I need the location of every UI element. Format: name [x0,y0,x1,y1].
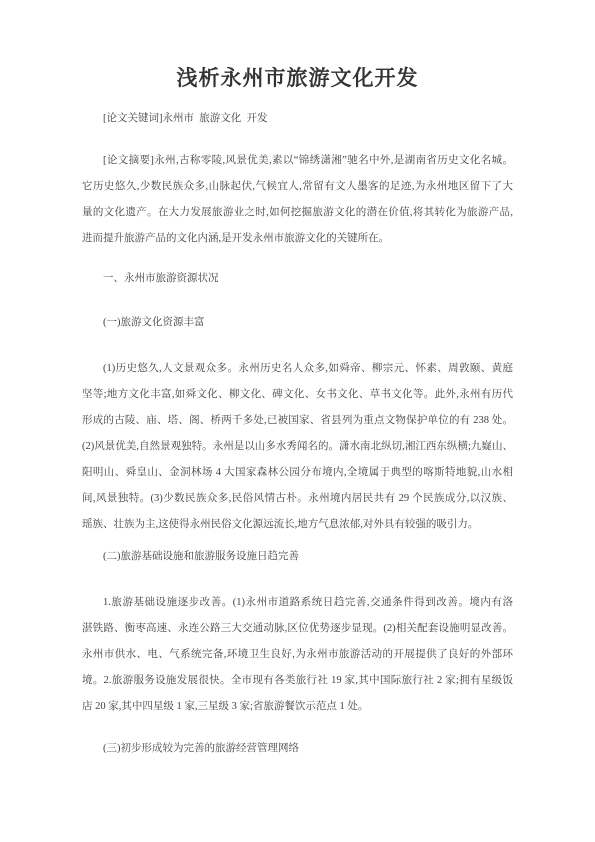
body-line: (2)风景优美,自然景观独特。永州是以山多水秀闻名的。潇水南北纵切,湘江西东纵横… [82,434,513,460]
body-line: 坚等;地方文化丰富,如舜文化、柳文化、碑文化、女书文化、草书文化等。此外,永州有… [82,382,513,408]
body-line: (1)历史悠久,人文景观众多。永州历史名人众多,如舜帝、柳宗元、怀素、周敦颐、黄… [82,356,513,382]
body-line: 间,风景独特。(3)少数民族众多,民俗风情古朴。永州境内居民共有 29 个民族成… [82,486,513,512]
body-paragraph-1: (1)历史悠久,人文景观众多。永州历史名人众多,如舜帝、柳宗元、怀素、周敦颐、黄… [82,356,513,538]
subsection-heading-2: (二)旅游基础设施和旅游服务设施日趋完善 [82,544,513,570]
abstract-line: [论文摘要]永州,古称零陵,风景优美,素以“锦绣潇湘”驰名中外,是湖南省历史文化… [82,148,513,174]
body-line: 形成的古陵、庙、塔、阁、桥两千多处,已被国家、省县列为重点文物保护单位的有 23… [82,408,513,434]
body-line: 店 20 家,其中四星级 1 家,三星级 3 家;省旅游餐饮示范点 1 处。 [82,694,513,720]
paper-title: 浅析永州市旅游文化开发 [82,64,513,94]
body-line: 境。2.旅游服务设施发展很快。全市现有各类旅行社 19 家,其中国际旅行社 2 … [82,668,513,694]
abstract-line: 它历史悠久,少数民族众多,山脉起伏,气候宜人,常留有文人墨客的足迹,为永州地区留… [82,174,513,200]
subsection-heading-1: (一)旅游文化资源丰富 [82,310,513,336]
body-line: 瑶族、壮族为主,这使得永州民俗文化源远流长,地方气息浓郁,对外具有较强的吸引力。 [82,512,513,538]
abstract-paragraph: [论文摘要]永州,古称零陵,风景优美,素以“锦绣潇湘”驰名中外,是湖南省历史文化… [82,148,513,252]
abstract-line: 进而提升旅游产品的文化内涵,是开发永州市旅游文化的关键所在。 [82,226,513,252]
document-page: 浅析永州市旅游文化开发 [论文关键词]永州市 旅游文化 开发 [论文摘要]永州,… [0,0,595,842]
keywords-line: [论文关键词]永州市 旅游文化 开发 [82,106,513,132]
body-line: 永州市供水、电、气系统完备,环境卫生良好,为永州市旅游活动的开展提供了良好的外部… [82,642,513,668]
body-line: 1.旅游基础设施逐步改善。(1)永州市道路系统日趋完善,交通条件得到改善。境内有… [82,590,513,616]
section-heading: 一、永州市旅游资源状况 [82,266,513,292]
subsection-heading-3: (三)初步形成较为完善的旅游经营管理网络 [82,736,513,762]
body-line: 阳明山、舜皇山、金洞林场 4 大国家森林公园分布境内,全境属于典型的喀斯特地貌,… [82,460,513,486]
body-paragraph-2: 1.旅游基础设施逐步改善。(1)永州市道路系统日趋完善,交通条件得到改善。境内有… [82,590,513,720]
body-line: 湛铁路、衡枣高速、永连公路三大交通动脉,区位优势逐步显现。(2)相关配套设施明显… [82,616,513,642]
abstract-line: 量的文化遗产。在大力发展旅游业之时,如何挖掘旅游文化的潜在价值,将其转化为旅游产… [82,200,513,226]
